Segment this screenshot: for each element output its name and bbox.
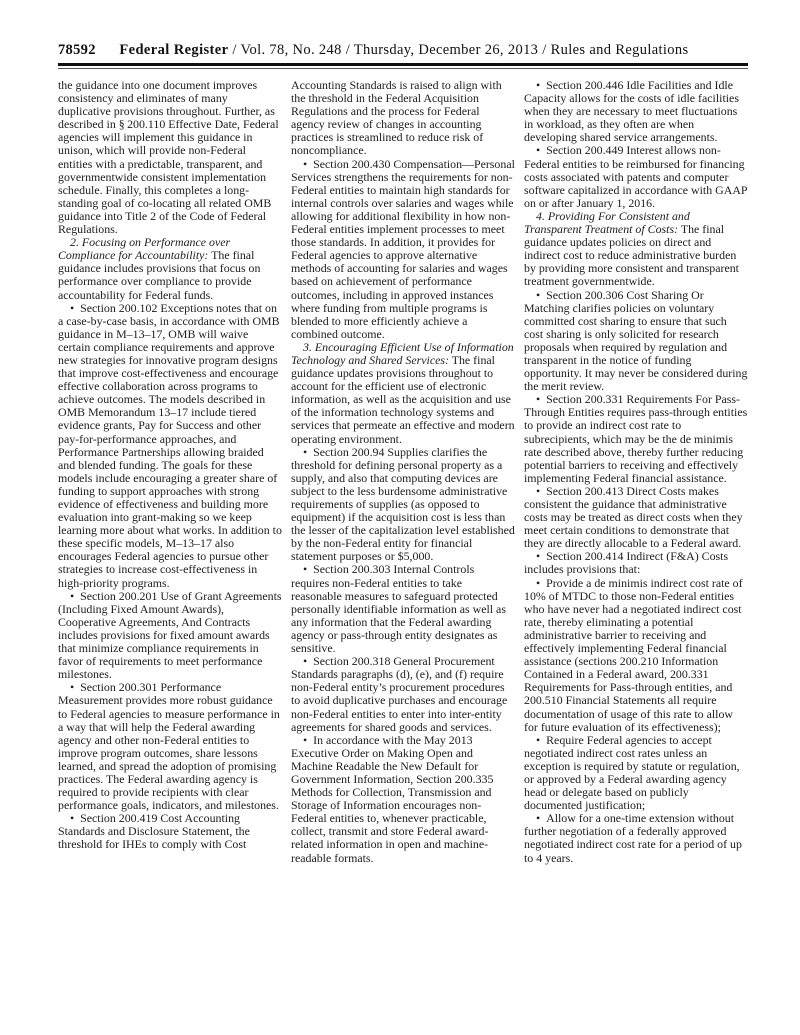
bullet-item: Section 200.449 Interest allows non-Fede…: [524, 144, 748, 209]
bullet-item: Section 200.430 Compensation—Personal Se…: [291, 158, 515, 341]
section-heading: 4. Providing For Consistent and Transpar…: [524, 209, 690, 236]
paragraph: Accounting Standards is raised to align …: [291, 79, 515, 158]
text-column-2: Accounting Standards is raised to align …: [291, 79, 515, 865]
text-column-3: Section 200.446 Idle Facilities and Idle…: [524, 79, 748, 865]
header-rule-thick: [58, 63, 748, 66]
bullet-item: Require Federal agencies to accept negot…: [524, 734, 748, 813]
section-heading: 2. Focusing on Performance over Complian…: [58, 235, 230, 262]
volume-info: Vol. 78, No. 248: [241, 42, 342, 58]
bullet-item: Section 200.414 Indirect (F&A) Costs inc…: [524, 550, 748, 576]
bullet-item: Section 200.301 Performance Measurement …: [58, 681, 282, 812]
bullet-item: Section 200.318 General Procurement Stan…: [291, 655, 515, 734]
bullet-item: Section 200.413 Direct Costs makes consi…: [524, 485, 748, 550]
publication-date: Thursday, December 26, 2013: [354, 42, 538, 58]
bullet-item: Section 200.306 Cost Sharing Or Matching…: [524, 289, 748, 394]
section-heading-paragraph: 2. Focusing on Performance over Complian…: [58, 236, 282, 301]
bullet-item: Allow for a one-time extension without f…: [524, 812, 748, 864]
paragraph: the guidance into one document improves …: [58, 79, 282, 236]
header-rule-thin: [58, 68, 748, 69]
bullet-item: Section 200.94 Supplies clarifies the th…: [291, 446, 515, 564]
page-number: 78592: [58, 42, 96, 58]
bullet-item: Section 200.102 Exceptions notes that on…: [58, 302, 282, 590]
bullet-item: Section 200.331 Requirements For Pass-Th…: [524, 393, 748, 485]
bullet-item: In accordance with the May 2013 Executiv…: [291, 734, 515, 865]
bullet-item: Section 200.303 Internal Controls requir…: [291, 563, 515, 655]
publication-title: Federal Register: [119, 42, 228, 58]
header-separator-3: /: [538, 42, 550, 58]
section-heading-paragraph: 3. Encouraging Efficient Use of Informat…: [291, 341, 515, 446]
text-column-1: the guidance into one document improves …: [58, 79, 282, 852]
header-separator-2: /: [342, 42, 354, 58]
bullet-item: Section 200.201 Use of Grant Agreements …: [58, 590, 282, 682]
bullet-item: Section 200.419 Cost Accounting Standard…: [58, 812, 282, 851]
bullet-item: Section 200.446 Idle Facilities and Idle…: [524, 79, 748, 144]
bullet-item: Provide a de minimis indirect cost rate …: [524, 577, 748, 734]
section-name: Rules and Regulations: [551, 42, 689, 58]
paragraph-text: The final guidance updates provisions th…: [291, 353, 515, 446]
document-page: 78592 Federal Register / Vol. 78, No. 24…: [0, 0, 800, 1035]
page-header: 78592 Federal Register / Vol. 78, No. 24…: [58, 40, 748, 62]
section-heading-paragraph: 4. Providing For Consistent and Transpar…: [524, 210, 748, 289]
header-separator-1: /: [228, 42, 240, 58]
